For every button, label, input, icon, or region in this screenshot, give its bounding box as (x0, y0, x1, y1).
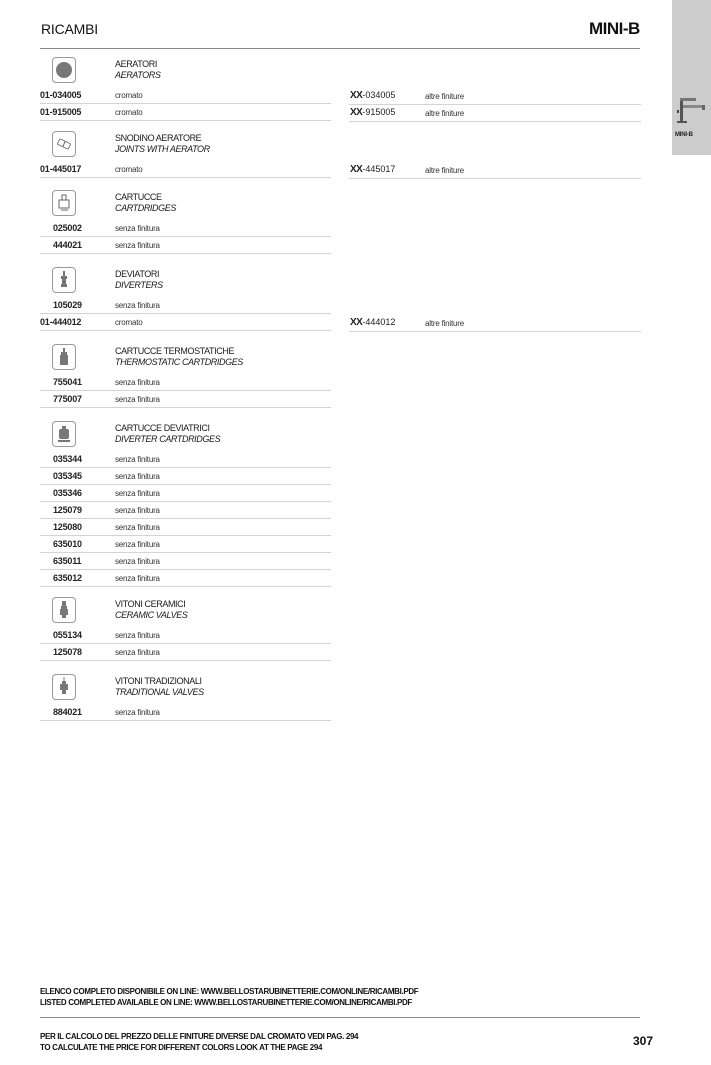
alt-part-code: XX-445017 (350, 164, 395, 175)
part-code: 01-034005 (40, 90, 81, 100)
part-code: 025002 (53, 223, 82, 233)
diverter-icon (52, 267, 76, 293)
alt-part-number: -445017 (362, 164, 395, 174)
joint-aerator-icon (52, 131, 76, 157)
ceramic-valve-icon (52, 597, 76, 623)
part-row: 125078senza finitura (0, 644, 711, 661)
cartridge-icon (52, 190, 76, 216)
part-code: 01-445017 (40, 164, 81, 174)
section-heading-en: CARTDRIDGES (115, 203, 176, 214)
aerator-icon (52, 57, 76, 83)
price-note-it: PER IL CALCOLO DEL PREZZO DELLE FINITURE… (40, 1031, 358, 1042)
part-finish: senza finitura (115, 557, 160, 566)
diverter-cartridge-icon (52, 421, 76, 447)
part-code: 01-444012 (40, 317, 81, 327)
alt-part-code: XX-034005 (350, 90, 395, 101)
alt-part-prefix: XX (350, 90, 362, 101)
part-row: 125080senza finitura (0, 519, 711, 536)
part-finish: senza finitura (115, 395, 160, 404)
part-finish: senza finitura (115, 631, 160, 640)
part-code: 035346 (53, 488, 82, 498)
part-finish: senza finitura (115, 523, 160, 532)
part-row: 444021senza finitura (0, 237, 711, 254)
section-heading-en: CERAMIC VALVES (115, 610, 187, 621)
header-divider (40, 48, 640, 49)
part-finish: senza finitura (115, 224, 160, 233)
part-row: 01-034005cromatoXX-034005altre finiture (0, 87, 711, 104)
row-divider (349, 121, 641, 122)
part-row: 035344senza finitura (0, 451, 711, 468)
part-row: 884021senza finitura (0, 704, 711, 721)
section-heading-en: TRADITIONAL VALVES (115, 687, 204, 698)
sidebar-label: MINI-B (675, 132, 693, 138)
part-finish: senza finitura (115, 540, 160, 549)
part-row: 01-915005cromatoXX-915005altre finiture (0, 104, 711, 121)
part-code: 635011 (53, 556, 81, 566)
alt-part-finish: altre finiture (425, 109, 464, 118)
alt-part-code: XX-915005 (350, 107, 395, 118)
part-code: 055134 (53, 630, 82, 640)
online-note-it: ELENCO COMPLETO DISPONIBILE ON LINE: WWW… (40, 986, 418, 997)
part-row: 055134senza finitura (0, 627, 711, 644)
row-divider (40, 407, 331, 408)
row-divider (349, 331, 641, 332)
part-code: 105029 (53, 300, 82, 310)
page-number: 307 (633, 1034, 653, 1048)
section-heading-it: CARTUCCE DEVIATRICI (115, 423, 220, 434)
part-code: 884021 (53, 707, 82, 717)
part-finish: senza finitura (115, 241, 160, 250)
traditional-valve-icon (52, 674, 76, 700)
part-code: 635010 (53, 539, 82, 549)
part-row: 635011senza finitura (0, 553, 711, 570)
part-finish: senza finitura (115, 574, 160, 583)
alt-part-number: -444012 (362, 317, 395, 327)
part-finish: senza finitura (115, 472, 160, 481)
part-code: 444021 (53, 240, 82, 250)
section-heading-it: DEVIATORI (115, 269, 163, 280)
part-row: 125079senza finitura (0, 502, 711, 519)
section-heading: SNODINO AERATOREJOINTS WITH AERATOR (115, 133, 210, 155)
section-heading-en: THERMOSTATIC CARTDRIDGES (115, 357, 243, 368)
section-heading-en: DIVERTERS (115, 280, 163, 291)
part-row: 035345senza finitura (0, 468, 711, 485)
alt-part-prefix: XX (350, 107, 362, 118)
thermostatic-cartridge-icon (52, 344, 76, 370)
part-row: 025002senza finitura (0, 220, 711, 237)
section-heading-it: VITONI TRADIZIONALI (115, 676, 204, 687)
sidebar-tab: MINI-B (672, 0, 711, 155)
part-finish: senza finitura (115, 506, 160, 515)
online-note: ELENCO COMPLETO DISPONIBILE ON LINE: WWW… (40, 986, 418, 1008)
alt-part-code: XX-444012 (350, 317, 395, 328)
price-note: PER IL CALCOLO DEL PREZZO DELLE FINITURE… (40, 1031, 358, 1053)
row-divider (349, 178, 641, 179)
section-heading: CARTUCCE TERMOSTATICHETHERMOSTATIC CARTD… (115, 346, 243, 368)
part-code: 125079 (53, 505, 82, 515)
part-finish: cromato (115, 108, 143, 117)
part-code: 755041 (53, 377, 82, 387)
part-code: 775007 (53, 394, 82, 404)
alt-part-finish: altre finiture (425, 92, 464, 101)
part-code: 035344 (53, 454, 82, 464)
section-heading: DEVIATORIDIVERTERS (115, 269, 163, 291)
part-row: 635010senza finitura (0, 536, 711, 553)
part-code: 01-915005 (40, 107, 81, 117)
section-heading: CARTUCCE DEVIATRICIDIVERTER CARTDRIDGES (115, 423, 220, 445)
part-finish: senza finitura (115, 301, 160, 310)
alt-part-prefix: XX (350, 317, 362, 328)
section-title: RICAMBI (41, 21, 98, 37)
section-heading-it: AERATORI (115, 59, 160, 70)
section-heading: AERATORIAERATORS (115, 59, 160, 81)
section-heading-it: CARTUCCE TERMOSTATICHE (115, 346, 243, 357)
alt-part-number: -915005 (362, 107, 395, 117)
section-heading-it: CARTUCCE (115, 192, 176, 203)
product-title: MINI-B (589, 19, 640, 39)
row-divider (40, 660, 331, 661)
part-row: 755041senza finitura (0, 374, 711, 391)
section-heading: VITONI TRADIZIONALITRADITIONAL VALVES (115, 676, 204, 698)
footer-divider (40, 1017, 640, 1018)
section-heading-en: AERATORS (115, 70, 160, 81)
section-heading-it: SNODINO AERATORE (115, 133, 210, 144)
section-heading-it: VITONI CERAMICI (115, 599, 187, 610)
alt-part-finish: altre finiture (425, 319, 464, 328)
part-finish: senza finitura (115, 648, 160, 657)
row-divider (40, 330, 331, 331)
part-finish: cromato (115, 91, 143, 100)
row-divider (40, 120, 331, 121)
part-row: 01-445017cromatoXX-445017altre finiture (0, 161, 711, 178)
part-row: 775007senza finitura (0, 391, 711, 408)
part-finish: senza finitura (115, 489, 160, 498)
part-finish: senza finitura (115, 708, 160, 717)
row-divider (40, 586, 331, 587)
section-heading-en: JOINTS WITH AERATOR (115, 144, 210, 155)
alt-part-number: -034005 (362, 90, 395, 100)
part-finish: senza finitura (115, 455, 160, 464)
part-row: 635012senza finitura (0, 570, 711, 587)
price-note-en: TO CALCULATE THE PRICE FOR DIFFERENT COL… (40, 1042, 358, 1053)
alt-part-finish: altre finiture (425, 166, 464, 175)
part-finish: senza finitura (115, 378, 160, 387)
part-code: 635012 (53, 573, 82, 583)
row-divider (40, 720, 331, 721)
section-heading: VITONI CERAMICICERAMIC VALVES (115, 599, 187, 621)
part-finish: cromato (115, 165, 143, 174)
part-row: 035346senza finitura (0, 485, 711, 502)
part-row: 01-444012cromatoXX-444012altre finiture (0, 314, 711, 331)
alt-part-prefix: XX (350, 164, 362, 175)
part-code: 125080 (53, 522, 82, 532)
online-note-en: LISTED COMPLETED AVAILABLE ON LINE: WWW.… (40, 997, 418, 1008)
section-heading: CARTUCCECARTDRIDGES (115, 192, 176, 214)
part-finish: cromato (115, 318, 143, 327)
row-divider (40, 177, 331, 178)
row-divider (40, 253, 331, 254)
part-code: 035345 (53, 471, 82, 481)
part-row: 105029senza finitura (0, 297, 711, 314)
part-code: 125078 (53, 647, 82, 657)
section-heading-en: DIVERTER CARTDRIDGES (115, 434, 220, 445)
